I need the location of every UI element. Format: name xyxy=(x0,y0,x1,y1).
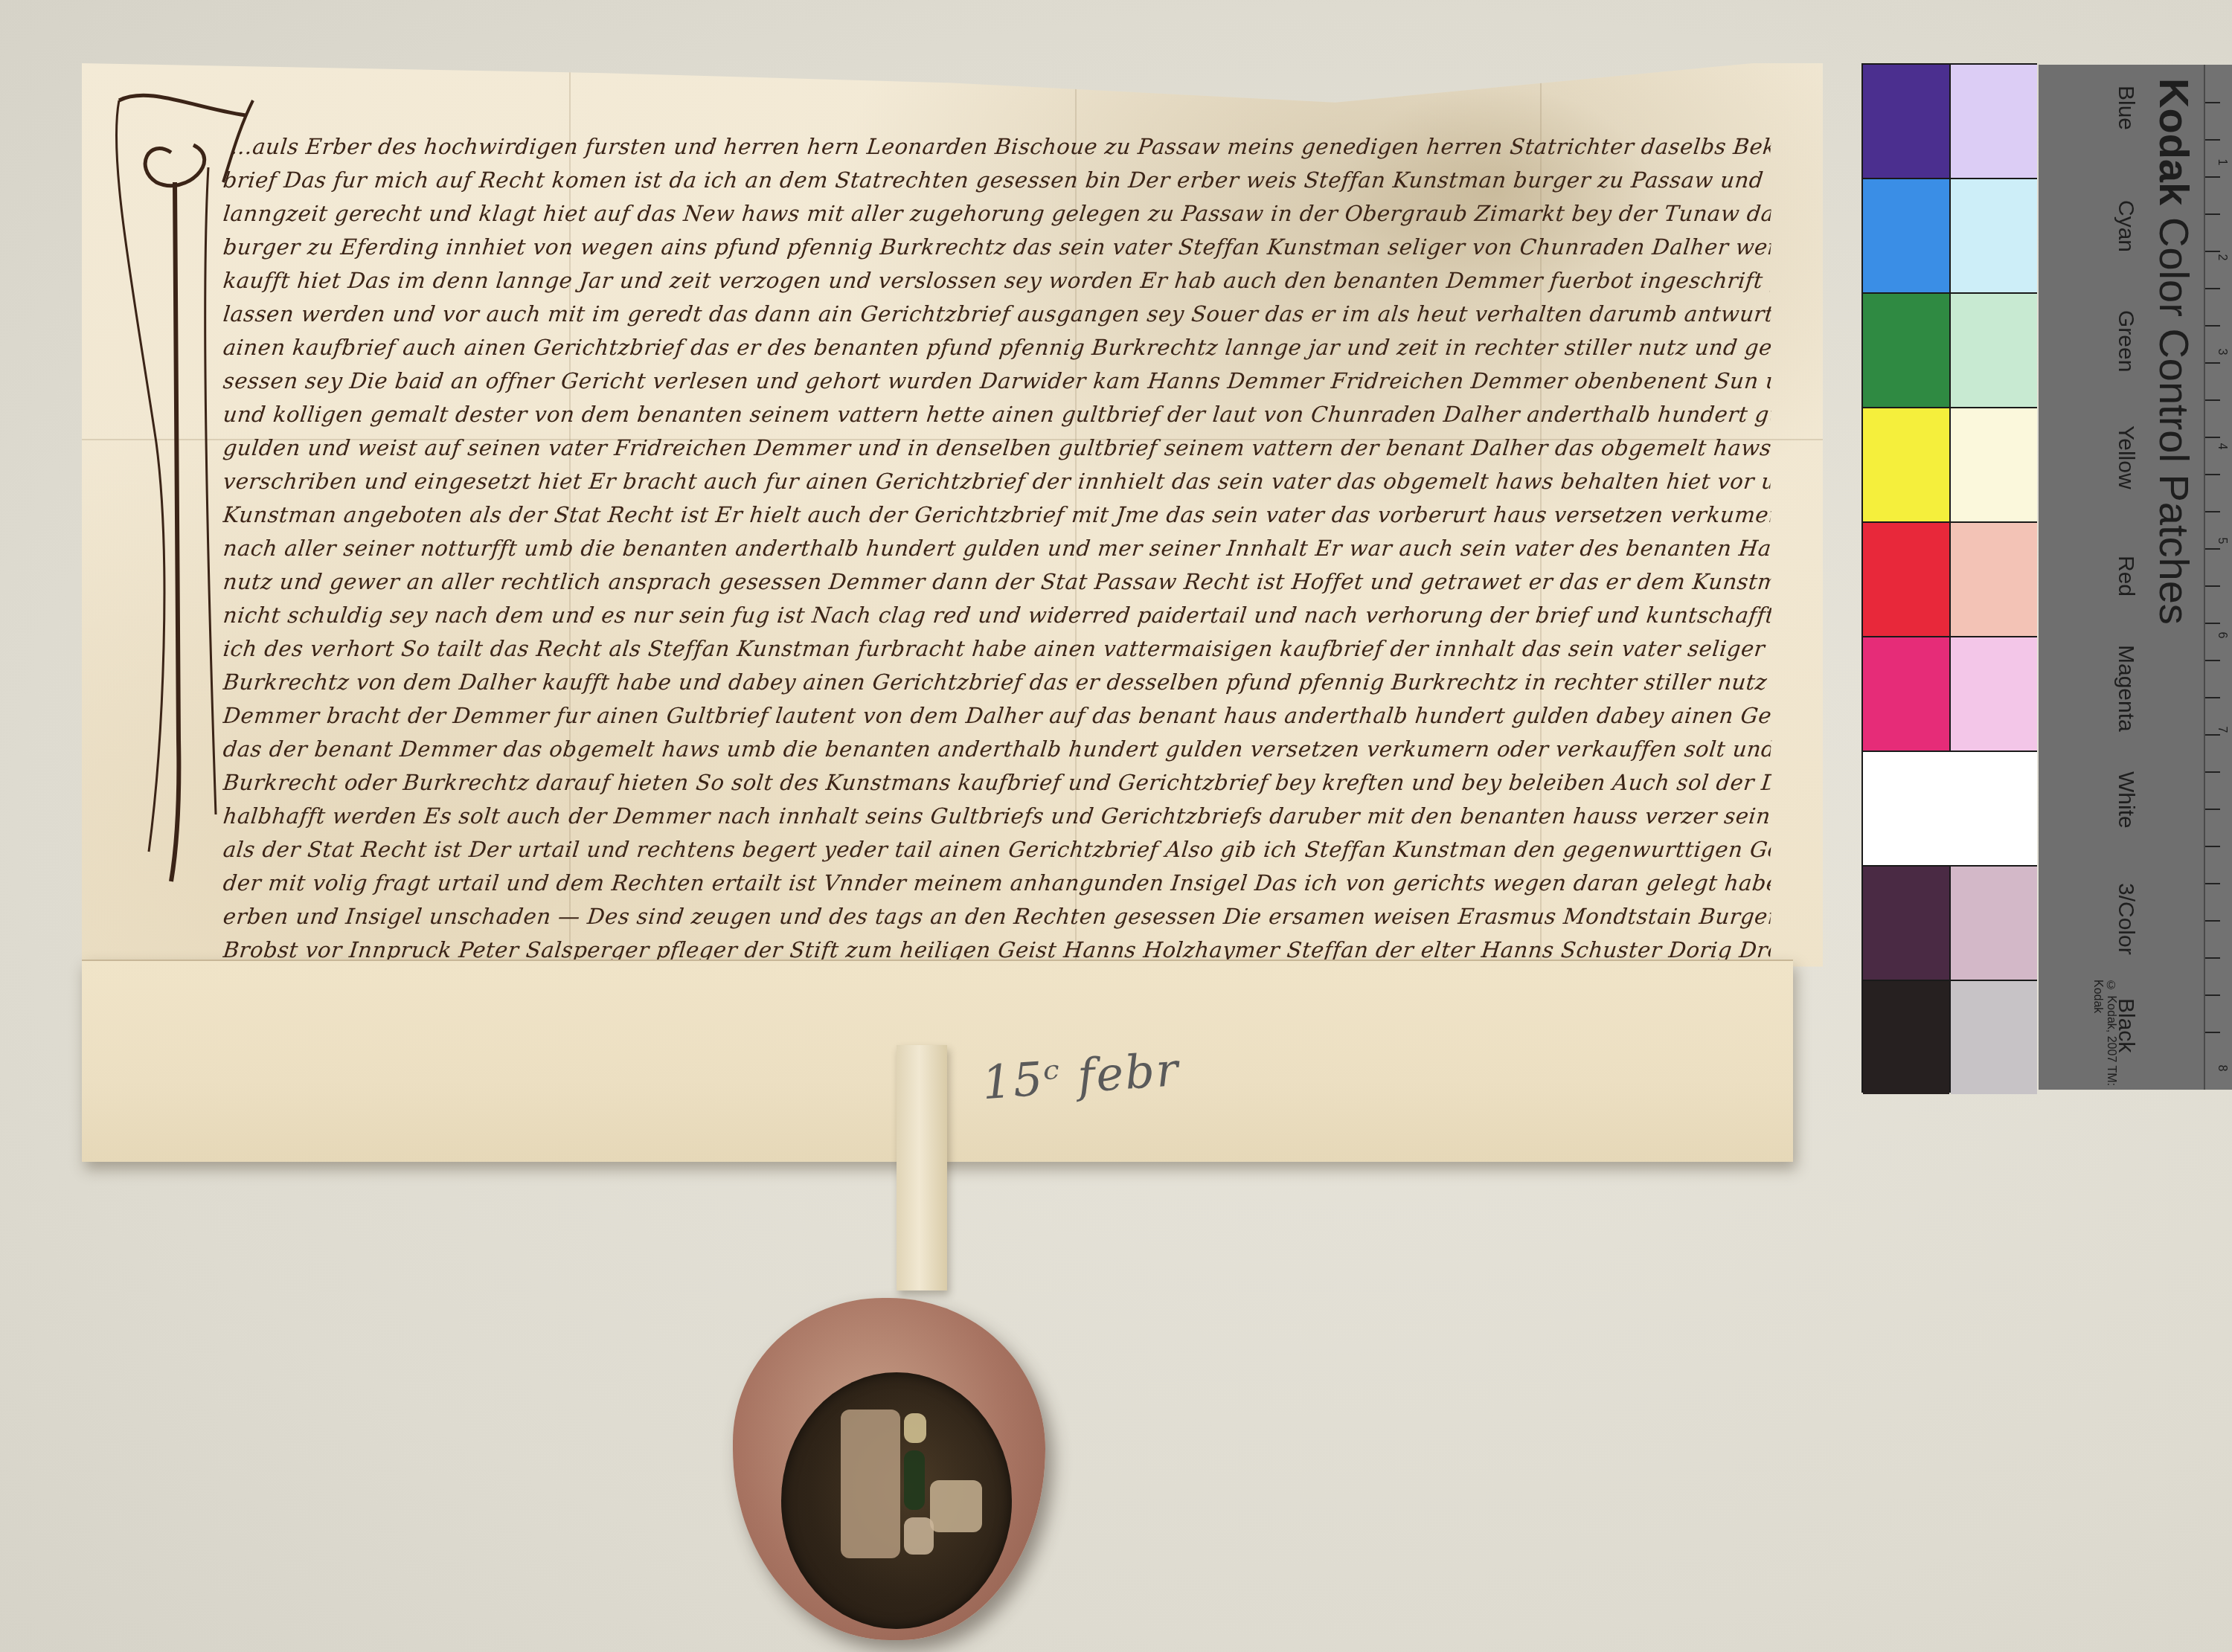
inch-mark: 1 xyxy=(2215,159,2228,166)
patch-blue-dark xyxy=(1863,65,1949,178)
label-white: White xyxy=(2113,771,2138,829)
text-line: verschriben und eingesetzt hiet Er brach… xyxy=(222,465,1773,498)
inch-mark: 5 xyxy=(2215,538,2228,544)
label-3color: 3/Color xyxy=(2113,883,2138,955)
seal-damage-patch xyxy=(904,1450,925,1510)
text-line: lanngzeit gerecht und klagt hiet auf das… xyxy=(222,197,1773,231)
text-line: ainen kaufbrief auch ainen Gerichtzbrief… xyxy=(222,331,1773,364)
patch-green-light xyxy=(1951,294,2037,407)
text-line: der mit volig fragt urtail und dem Recht… xyxy=(222,867,1773,900)
seal-damage-patch xyxy=(930,1480,982,1532)
patch-black-dark xyxy=(1863,981,1949,1094)
inch-mark: 4 xyxy=(2215,443,2228,450)
patch-yellow-light xyxy=(1951,408,2037,521)
patch-magenta-light xyxy=(1951,637,2037,751)
patch-black-light xyxy=(1951,981,2037,1094)
inch-mark: 7 xyxy=(2215,727,2228,733)
patch-red-light xyxy=(1951,523,2037,636)
patch-cyan-dark xyxy=(1863,179,1949,292)
label-green: Green xyxy=(2113,310,2138,372)
seal-strap xyxy=(897,1045,947,1291)
inch-mark: 3 xyxy=(2215,349,2228,356)
text-line: Demmer bracht der Demmer fur ainen Gultb… xyxy=(222,699,1773,733)
label-cyan: Cyan xyxy=(2113,200,2138,252)
patch-white xyxy=(1863,752,2037,865)
text-line: ich des verhort So tailt das Recht als S… xyxy=(222,632,1773,666)
patch-cyan-light xyxy=(1951,179,2037,292)
label-magenta: Magenta xyxy=(2113,645,2138,732)
text-line: …auls Erber des hochwirdigen fursten und… xyxy=(229,130,1773,164)
patch-blue-light xyxy=(1951,65,2037,178)
label-yellow: Yellow xyxy=(2113,425,2138,489)
chart-title: Color Control Patches xyxy=(2150,217,2199,625)
label-blue: Blue xyxy=(2113,86,2138,130)
patch-green-dark xyxy=(1863,294,1949,407)
text-line: Burkrecht oder Burkrechtz darauf hieten … xyxy=(222,766,1773,800)
text-line: nicht schuldig sey nach dem und es nur s… xyxy=(222,599,1773,632)
seal-damage-patch xyxy=(904,1413,926,1443)
text-line: nutz und gewer an aller rechtlich anspra… xyxy=(222,565,1773,599)
text-line: lassen werden und vor auch mit im geredt… xyxy=(222,298,1773,331)
text-line: sessen sey Die baid an offner Gericht ve… xyxy=(222,364,1773,398)
kodak-brand: Kodak xyxy=(2150,78,2199,205)
inch-mark: 6 xyxy=(2215,632,2228,639)
chart-copyright: © Kodak, 2007 TM: Kodak xyxy=(2091,980,2117,1090)
kodak-color-chart: Kodak Color Control Patches Blue Cyan Gr… xyxy=(1861,63,2232,1119)
color-patch-grid xyxy=(1861,63,2037,1093)
charter-text: …auls Erber des hochwirdigen fursten und… xyxy=(223,89,1771,1067)
text-line: als der Stat Recht ist Der urtail und re… xyxy=(222,833,1773,867)
text-line: gulden und weist auf seinen vater Fridre… xyxy=(222,431,1773,465)
inch-mark: 2 xyxy=(2215,254,2228,261)
text-line: kaufft hiet Das im denn lannge Jar und z… xyxy=(222,264,1773,298)
text-line: Burkrechtz von dem Dalher kaufft habe un… xyxy=(222,666,1773,699)
inch-mark: 8 xyxy=(2215,1065,2228,1072)
label-red: Red xyxy=(2113,556,2138,597)
patch-magenta-dark xyxy=(1863,637,1949,751)
patch-3color-light xyxy=(1951,867,2037,980)
seal-damage-patch xyxy=(841,1410,900,1558)
text-line: brief Das fur mich auf Recht komen ist d… xyxy=(222,164,1773,197)
ruler: 1 2 3 4 5 6 7 8 xyxy=(2204,65,2232,1090)
text-line: und kolligen gemalt dester von dem benan… xyxy=(222,398,1773,431)
seal-damage-patch xyxy=(904,1517,934,1555)
text-line: burger zu Eferding innhiet von wegen ain… xyxy=(222,231,1773,264)
text-line: Kunstman angeboten als der Stat Recht is… xyxy=(222,498,1773,532)
patch-red-dark xyxy=(1863,523,1949,636)
text-line: erben und Insigel unschaden — Des sind z… xyxy=(222,900,1773,933)
patch-3color-dark xyxy=(1863,867,1949,980)
patch-yellow-dark xyxy=(1863,408,1949,521)
chart-label-strip: Kodak Color Control Patches Blue Cyan Gr… xyxy=(2039,65,2204,1090)
text-line: nach aller seiner notturfft umb die bena… xyxy=(222,532,1773,565)
text-line: das der benant Demmer das obgemelt haws … xyxy=(222,733,1773,766)
text-line: halbhafft werden Es solt auch der Demmer… xyxy=(222,800,1773,833)
